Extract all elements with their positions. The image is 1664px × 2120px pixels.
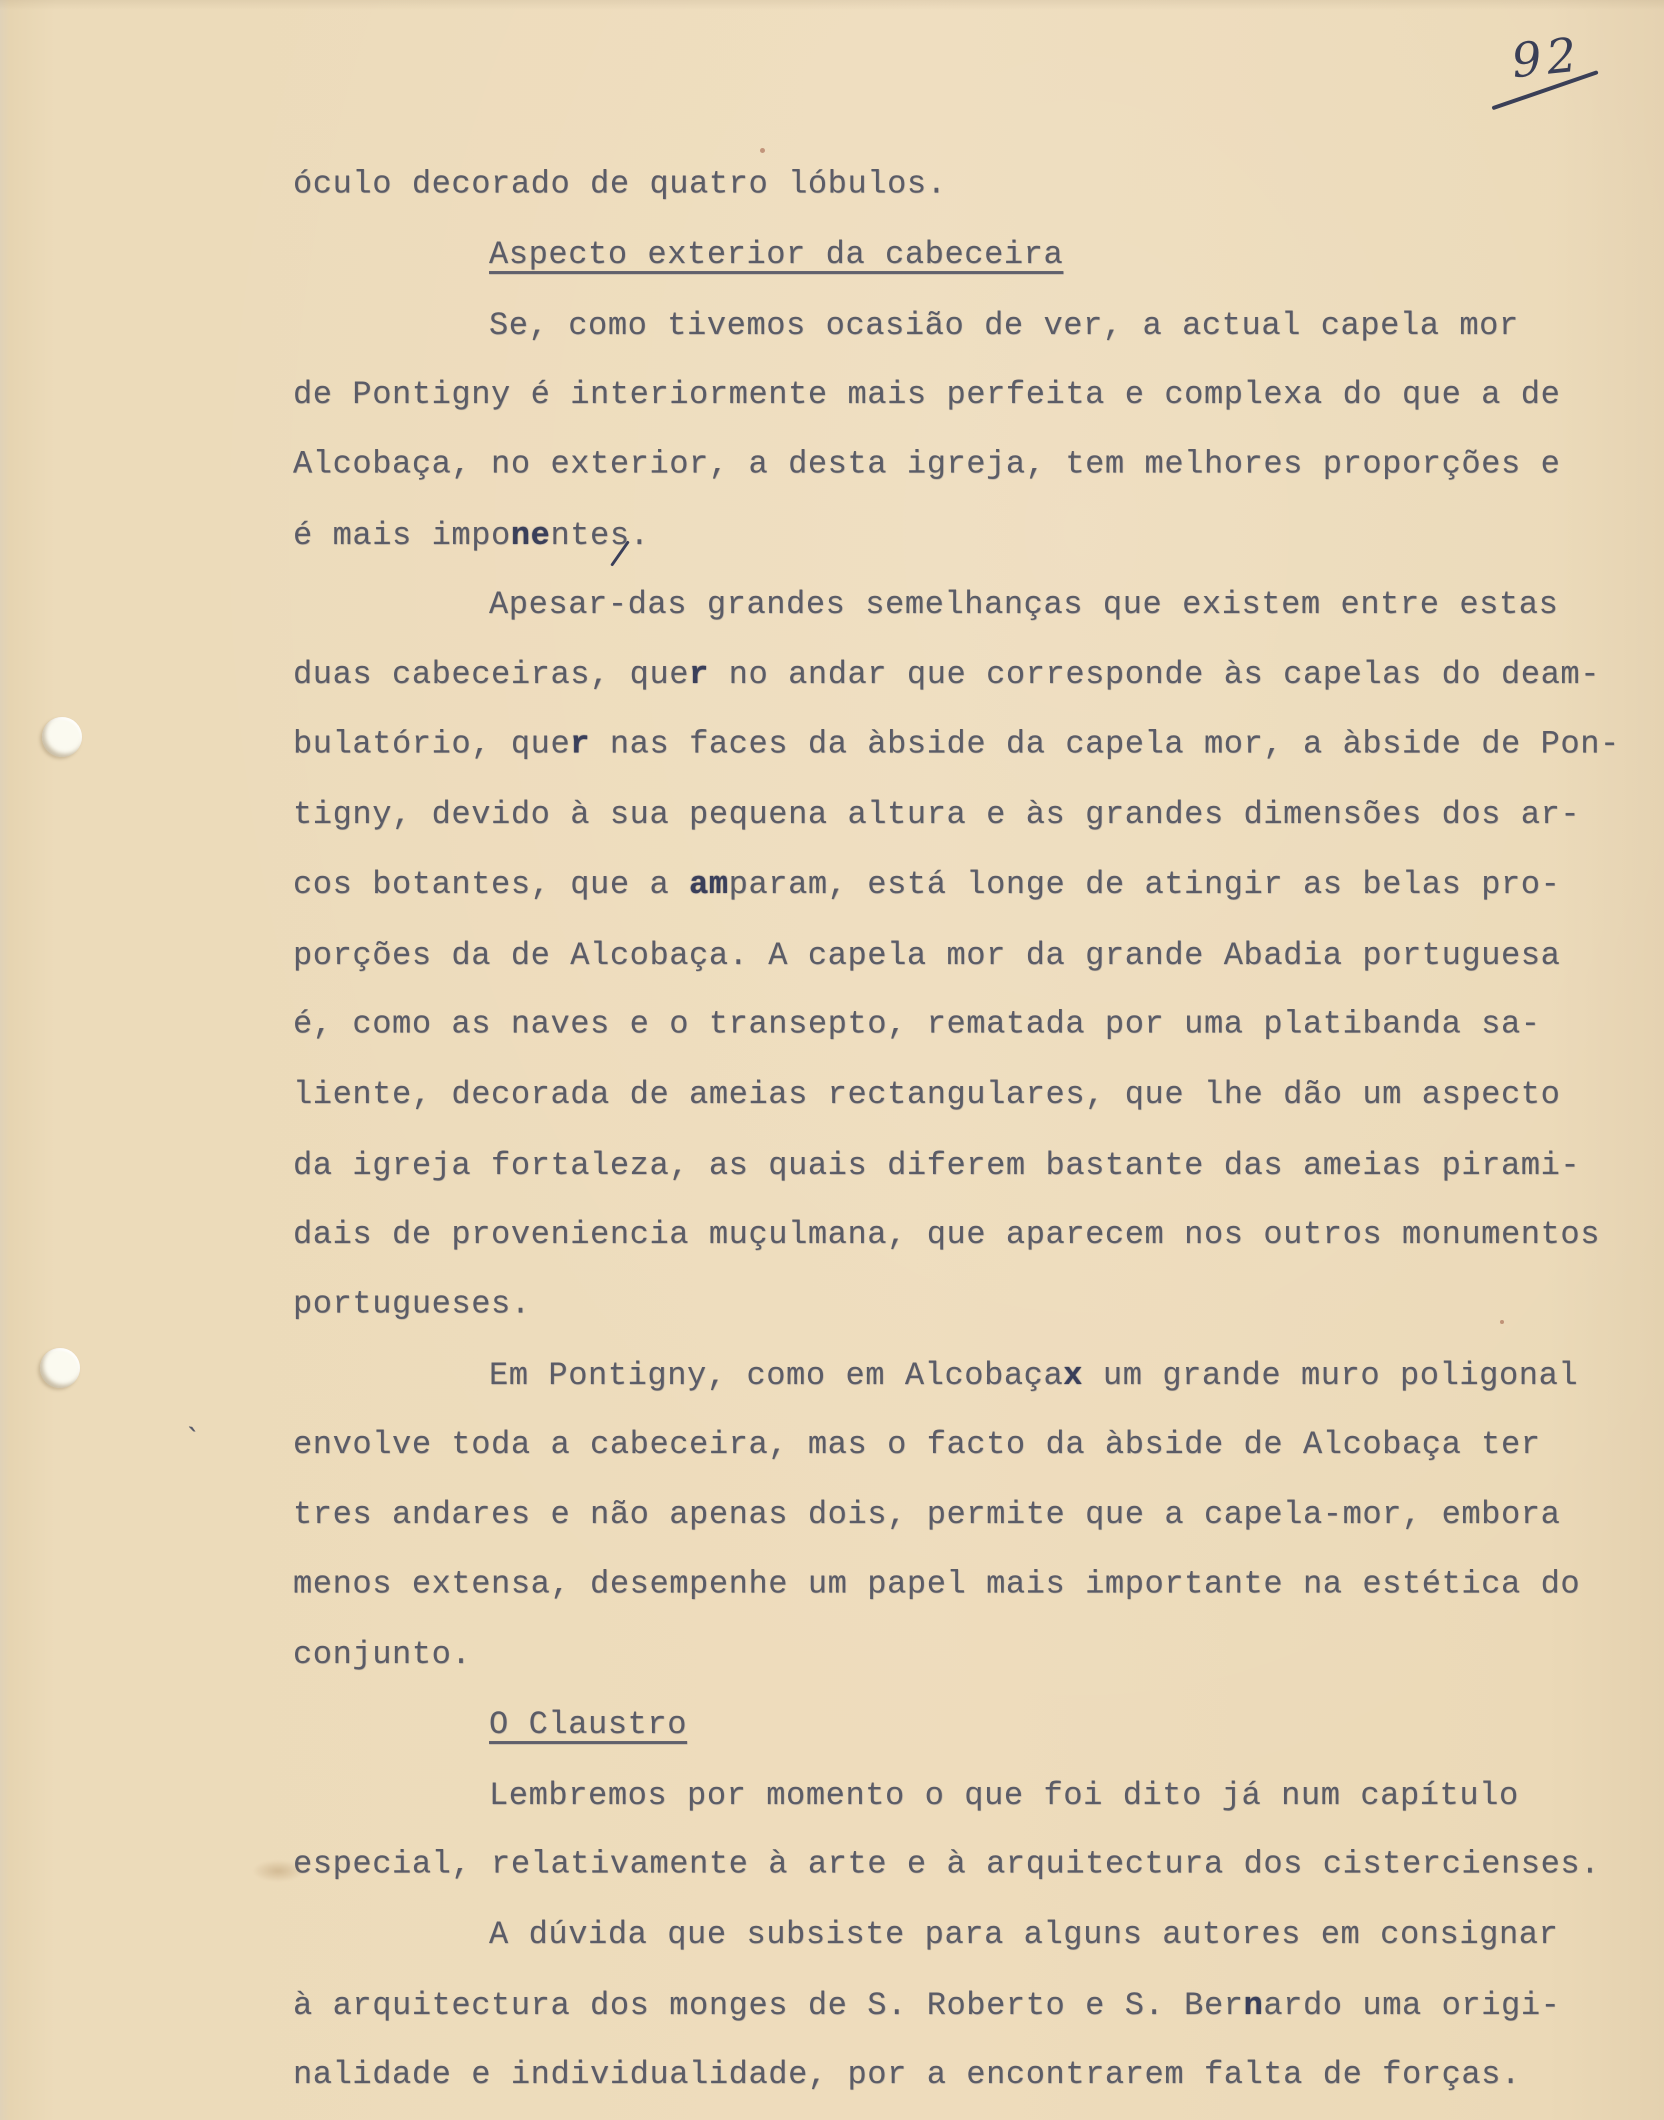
typed-text: à arquitectura dos monges de S. Roberto … <box>293 1987 1244 2024</box>
text-line: Alcobaça, no exterior, a desta igreja, t… <box>293 430 1645 500</box>
punch-hole-top <box>42 717 82 757</box>
typed-text: um grande muro poligonal <box>1083 1357 1578 1394</box>
handwritten-correction: r <box>570 726 590 763</box>
typed-text: da igreja fortaleza, as quais diferem ba… <box>293 1147 1580 1184</box>
text-line: especial, relativamente à arte e à arqui… <box>293 1830 1645 1900</box>
text-line: Apesar-das grandes semelhanças que exist… <box>293 570 1645 640</box>
stray-pen-mark: ` <box>177 1423 202 1463</box>
handwritten-correction: r <box>689 656 709 693</box>
typed-text: nte <box>550 517 609 554</box>
text-line: tigny, devido à sua pequena altura e às … <box>293 780 1645 850</box>
punch-hole-bottom <box>40 1348 80 1388</box>
text-line: dais de proveniencia muçulmana, que apar… <box>293 1200 1645 1270</box>
handwritten-page-number: 92 <box>1509 26 1601 96</box>
struck-character: s <box>610 501 630 571</box>
typed-text: Em Pontigny, como em Alcobaça <box>489 1357 1063 1394</box>
text-line: menos extensa, desempenhe um papel mais … <box>293 1550 1645 1620</box>
typed-text: de Pontigny é interiormente mais perfeit… <box>293 376 1560 413</box>
typed-text: conjunto. <box>293 1636 471 1673</box>
typed-text: Se, como tivemos ocasião de ver, a actua… <box>489 307 1519 344</box>
text-line: é, como as naves e o transepto, rematada… <box>293 990 1645 1060</box>
typed-text: liente, decorada de ameias rectangulares… <box>293 1076 1560 1113</box>
text-line: envolve toda a cabeceira, mas o facto da… <box>293 1410 1645 1480</box>
text-line: bulatório, quer nas faces da àbside da c… <box>293 710 1645 780</box>
typed-text: no andar que corresponde às capelas do d… <box>709 656 1600 693</box>
paper-speck <box>760 148 765 153</box>
typed-text: Alcobaça, no exterior, a desta igreja, t… <box>293 446 1560 483</box>
typed-text: nalidade e individualidade, por a encont… <box>293 2056 1521 2093</box>
typed-text: óculo decorado de quatro lóbulos. <box>293 166 947 203</box>
typed-text: nas faces da àbside da capela mor, a àbs… <box>590 726 1620 763</box>
typed-text: tres andares e não apenas dois, permite … <box>293 1496 1560 1533</box>
typed-text: porções da de Alcobaça. A capela mor da … <box>293 937 1560 974</box>
handwritten-correction: n <box>1244 1987 1264 2024</box>
section-heading: Aspecto exterior da cabeceira <box>293 220 1645 290</box>
text-line: Em Pontigny, como em Alcobaçax um grande… <box>293 1341 1645 1411</box>
typed-text: dais de proveniencia muçulmana, que apar… <box>293 1216 1600 1253</box>
handwritten-correction: ne <box>511 517 551 554</box>
text-line: tres andares e não apenas dois, permite … <box>293 1480 1645 1550</box>
typed-text: tigny, devido à sua pequena altura e às … <box>293 796 1580 833</box>
typed-text: . <box>630 517 650 554</box>
text-line: nalidade e individualidade, por a encont… <box>293 2040 1645 2110</box>
section-heading: O Claustro <box>293 1690 1645 1760</box>
text-line: da igreja fortaleza, as quais diferem ba… <box>293 1131 1645 1201</box>
typed-text: Apesar-das grandes semelhanças que exist… <box>489 586 1558 623</box>
typed-text: A dúvida que subsiste para alguns autore… <box>489 1916 1558 1953</box>
typed-text: duas cabeceiras, que <box>293 656 689 693</box>
typescript-text: óculo decorado de quatro lóbulos.Aspecto… <box>293 150 1645 2110</box>
text-line: óculo decorado de quatro lóbulos. <box>293 150 1645 220</box>
text-line: é mais imponentes. <box>293 501 1645 571</box>
text-line: porções da de Alcobaça. A capela mor da … <box>293 921 1645 991</box>
typed-text: menos extensa, desempenhe um papel mais … <box>293 1566 1580 1603</box>
text-line: Lembremos por momento o que foi dito já … <box>293 1761 1645 1831</box>
typed-text: especial, relativamente à arte e à arqui… <box>293 1846 1600 1883</box>
typed-text: bulatório, que <box>293 726 570 763</box>
text-line: duas cabeceiras, quer no andar que corre… <box>293 640 1645 710</box>
typed-text: cos botantes, que a <box>293 866 689 903</box>
text-line: liente, decorada de ameias rectangulares… <box>293 1060 1645 1130</box>
typed-text: param, está longe de atingir as belas pr… <box>729 866 1561 903</box>
typed-text: ardo uma origi- <box>1263 1987 1560 2024</box>
smudge-mark <box>252 1860 304 1882</box>
document-page: 92 óculo decorado de quatro lóbulos.Aspe… <box>0 0 1664 2120</box>
typed-text: Lembremos por momento o que foi dito já … <box>489 1777 1519 1814</box>
text-line: à arquitectura dos monges de S. Roberto … <box>293 1971 1645 2041</box>
typed-text: envolve toda a cabeceira, mas o facto da… <box>293 1426 1541 1463</box>
text-line: Se, como tivemos ocasião de ver, a actua… <box>293 291 1645 361</box>
text-line: portugueses. <box>293 1270 1645 1340</box>
typed-text: é, como as naves e o transepto, rematada… <box>293 1006 1541 1043</box>
text-line: conjunto. <box>293 1620 1645 1690</box>
text-line: cos botantes, que a amparam, está longe … <box>293 850 1645 920</box>
typed-text: O Claustro <box>489 1706 687 1743</box>
typed-text: Aspecto exterior da cabeceira <box>489 236 1063 273</box>
text-line: A dúvida que subsiste para alguns autore… <box>293 1900 1645 1970</box>
handwritten-correction: x <box>1063 1357 1083 1394</box>
handwritten-correction: am <box>689 866 729 903</box>
typed-text: é mais impo <box>293 517 511 554</box>
text-line: de Pontigny é interiormente mais perfeit… <box>293 360 1645 430</box>
paper-speck <box>1500 1320 1504 1324</box>
typed-text: portugueses. <box>293 1286 531 1323</box>
